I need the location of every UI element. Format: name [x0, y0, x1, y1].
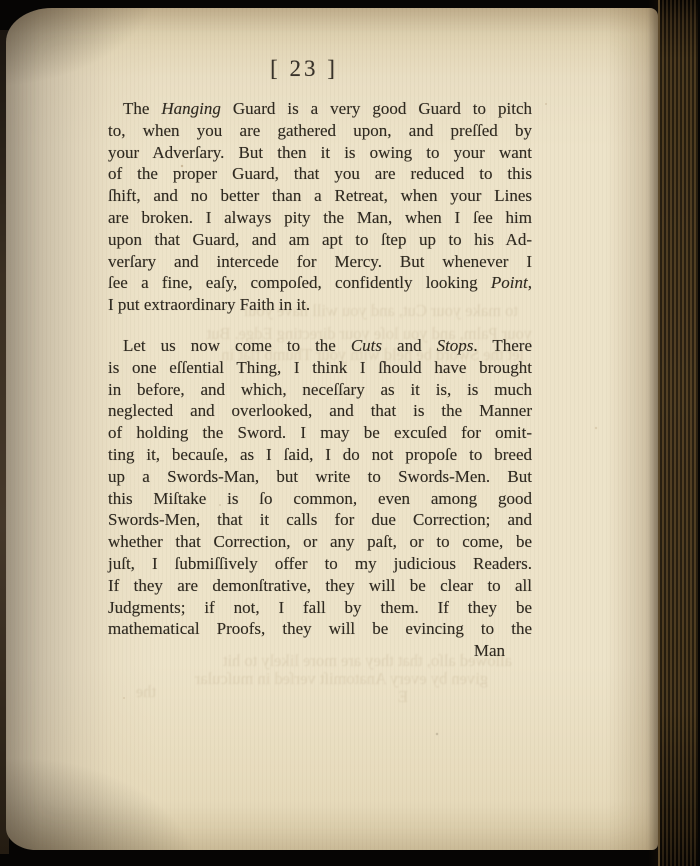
text-line: in before, and which, neceſſary as it is…	[108, 379, 532, 401]
text-line: Swords-Men, that it calls for due Correc…	[108, 509, 532, 531]
text-segment: Swords-Men, that it calls for due Correc…	[108, 510, 532, 529]
text-segment: to, when you are gathered upon, and preſ…	[108, 121, 532, 140]
text-segment: upon that Guard, and am apt to ſtep up t…	[108, 230, 532, 249]
text-segment: whether that Correction, or any paſt, or…	[108, 532, 532, 551]
text-segment: is one eſſential Thing, I think I ſhould…	[108, 358, 532, 377]
text-segment: . There	[473, 336, 532, 355]
italic-word: Hanging	[161, 99, 221, 118]
text-line: of holding the Sword. I may be excuſed f…	[108, 422, 532, 444]
text-segment: If they are demonſtrative, they will be …	[108, 576, 532, 595]
paragraph: The Hanging Guard is a very good Guard t…	[108, 98, 532, 316]
text-line: upon that Guard, and am apt to ſtep up t…	[108, 229, 532, 251]
paragraph: Let us now come to the Cuts and Stops. T…	[108, 335, 532, 640]
text-segment: Let us now come to the	[123, 336, 351, 355]
text-segment: Guard is a very good Guard to pitch	[221, 99, 532, 118]
text-line: Let us now come to the Cuts and Stops. T…	[108, 335, 532, 357]
text-line: I put extraordinary Faith in it.	[108, 294, 532, 316]
text-segment: The	[123, 99, 161, 118]
text-segment: and	[382, 336, 437, 355]
text-line: mathematical Proofs, they will be evinci…	[108, 618, 532, 640]
body-text: The Hanging Guard is a very good Guard t…	[108, 98, 532, 640]
text-segment: ,	[528, 273, 532, 292]
text-segment: up a Swords-Man, but write to Swords-Men…	[108, 467, 532, 486]
page-number: [ 23 ]	[92, 54, 516, 84]
text-line: of the proper Guard, that you are reduce…	[108, 163, 532, 185]
text-segment: verſary and intercede for Mercy. But whe…	[108, 252, 532, 271]
book-fore-edge	[658, 0, 698, 866]
text-segment: are broken. I always pity the Man, when …	[108, 208, 532, 227]
text-segment: juſt, I ſubmiſſively offer to my judicio…	[108, 554, 532, 573]
text-segment: mathematical Proofs, they will be evinci…	[108, 619, 532, 638]
text-segment: neglected and overlooked, and that is th…	[108, 401, 532, 420]
text-segment: ting it, becauſe, as I ſaid, I do not pr…	[108, 445, 532, 464]
book-scan: to make your Cut, and you will have your…	[0, 0, 700, 866]
show-through-text: E	[378, 687, 408, 707]
text-segment: in before, and which, neceſſary as it is…	[108, 380, 532, 399]
italic-word: Point	[491, 273, 528, 292]
text-line: your Adverſary. But then it is owing to …	[108, 142, 532, 164]
text-line: are broken. I always pity the Man, when …	[108, 207, 532, 229]
text-line: juſt, I ſubmiſſively offer to my judicio…	[108, 553, 532, 575]
text-segment: Judgments; if not, I fall by them. If th…	[108, 598, 532, 617]
italic-word: Cuts	[351, 336, 382, 355]
catchword: Man	[108, 640, 532, 662]
text-line: The Hanging Guard is a very good Guard t…	[108, 98, 532, 120]
text-segment: ſee a fine, eaſy, compoſed, confidently …	[108, 273, 491, 292]
text-line: ſhift, and no better than a Retreat, whe…	[108, 185, 532, 207]
text-line: is one eſſential Thing, I think I ſhould…	[108, 357, 532, 379]
text-segment: of holding the Sword. I may be excuſed f…	[108, 423, 532, 442]
text-line: to, when you are gathered upon, and preſ…	[108, 120, 532, 142]
show-through-text: the	[112, 682, 156, 702]
text-line: ting it, becauſe, as I ſaid, I do not pr…	[108, 444, 532, 466]
text-segment: this Miſtake is ſo common, even among go…	[108, 489, 532, 508]
italic-word: Stops	[437, 336, 474, 355]
text-segment: your Adverſary. But then it is owing to …	[108, 143, 532, 162]
text-block: [ 23 ] The Hanging Guard is a very good …	[108, 54, 532, 662]
text-line: ſee a fine, eaſy, compoſed, confidently …	[108, 272, 532, 294]
text-line: If they are demonſtrative, they will be …	[108, 575, 532, 597]
text-line: whether that Correction, or any paſt, or…	[108, 531, 532, 553]
text-line: Judgments; if not, I fall by them. If th…	[108, 597, 532, 619]
text-line: this Miſtake is ſo common, even among go…	[108, 488, 532, 510]
text-line: up a Swords-Man, but write to Swords-Men…	[108, 466, 532, 488]
text-line: verſary and intercede for Mercy. But whe…	[108, 251, 532, 273]
show-through-text: given by every Anatomiſt verſed in muſcu…	[152, 669, 488, 689]
text-segment: of the proper Guard, that you are reduce…	[108, 164, 532, 183]
text-segment: ſhift, and no better than a Retreat, whe…	[108, 186, 532, 205]
text-segment: I put extraordinary Faith in it.	[108, 295, 310, 314]
text-line: neglected and overlooked, and that is th…	[108, 400, 532, 422]
